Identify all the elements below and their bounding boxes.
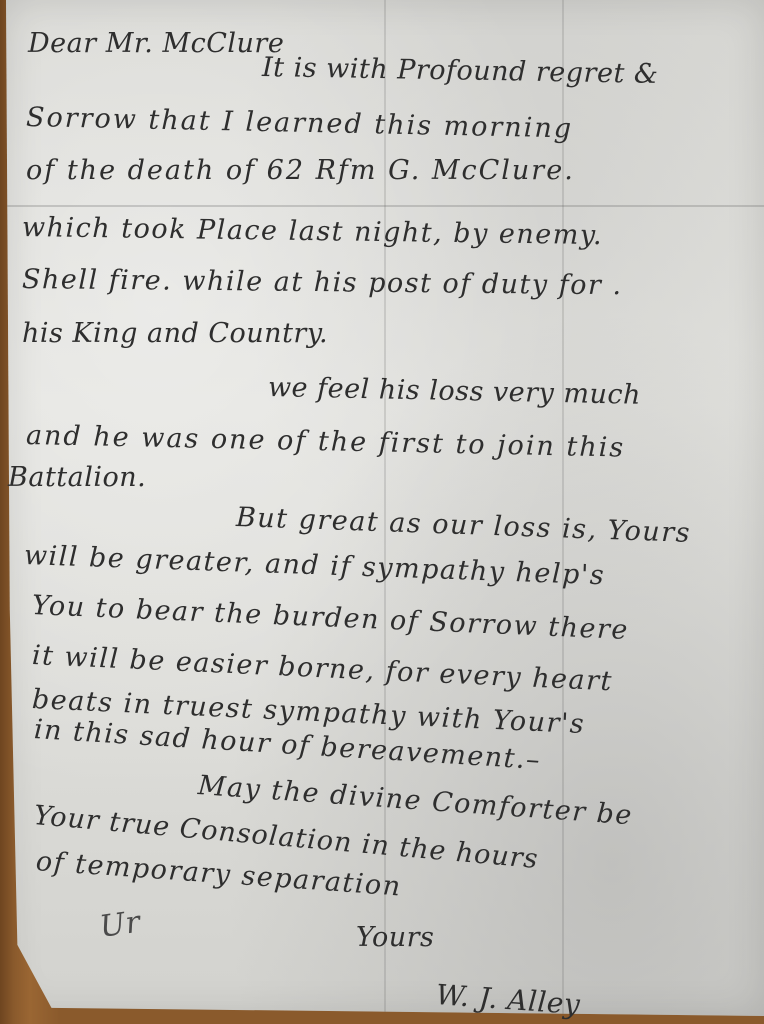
letter-line: Battalion.: [8, 462, 146, 493]
paper-fold-vertical: [562, 0, 564, 1016]
letter-line: Shell fire. while at his post of duty fo…: [22, 264, 623, 301]
salutation: Dear Mr. McClure: [28, 28, 284, 59]
letter-line: of the death of 62 Rfm G. McClure.: [26, 155, 575, 186]
letter-closing: Yours: [356, 922, 434, 953]
marginal-note: Ur: [98, 905, 143, 945]
letter-line: his King and Country.: [22, 318, 328, 349]
